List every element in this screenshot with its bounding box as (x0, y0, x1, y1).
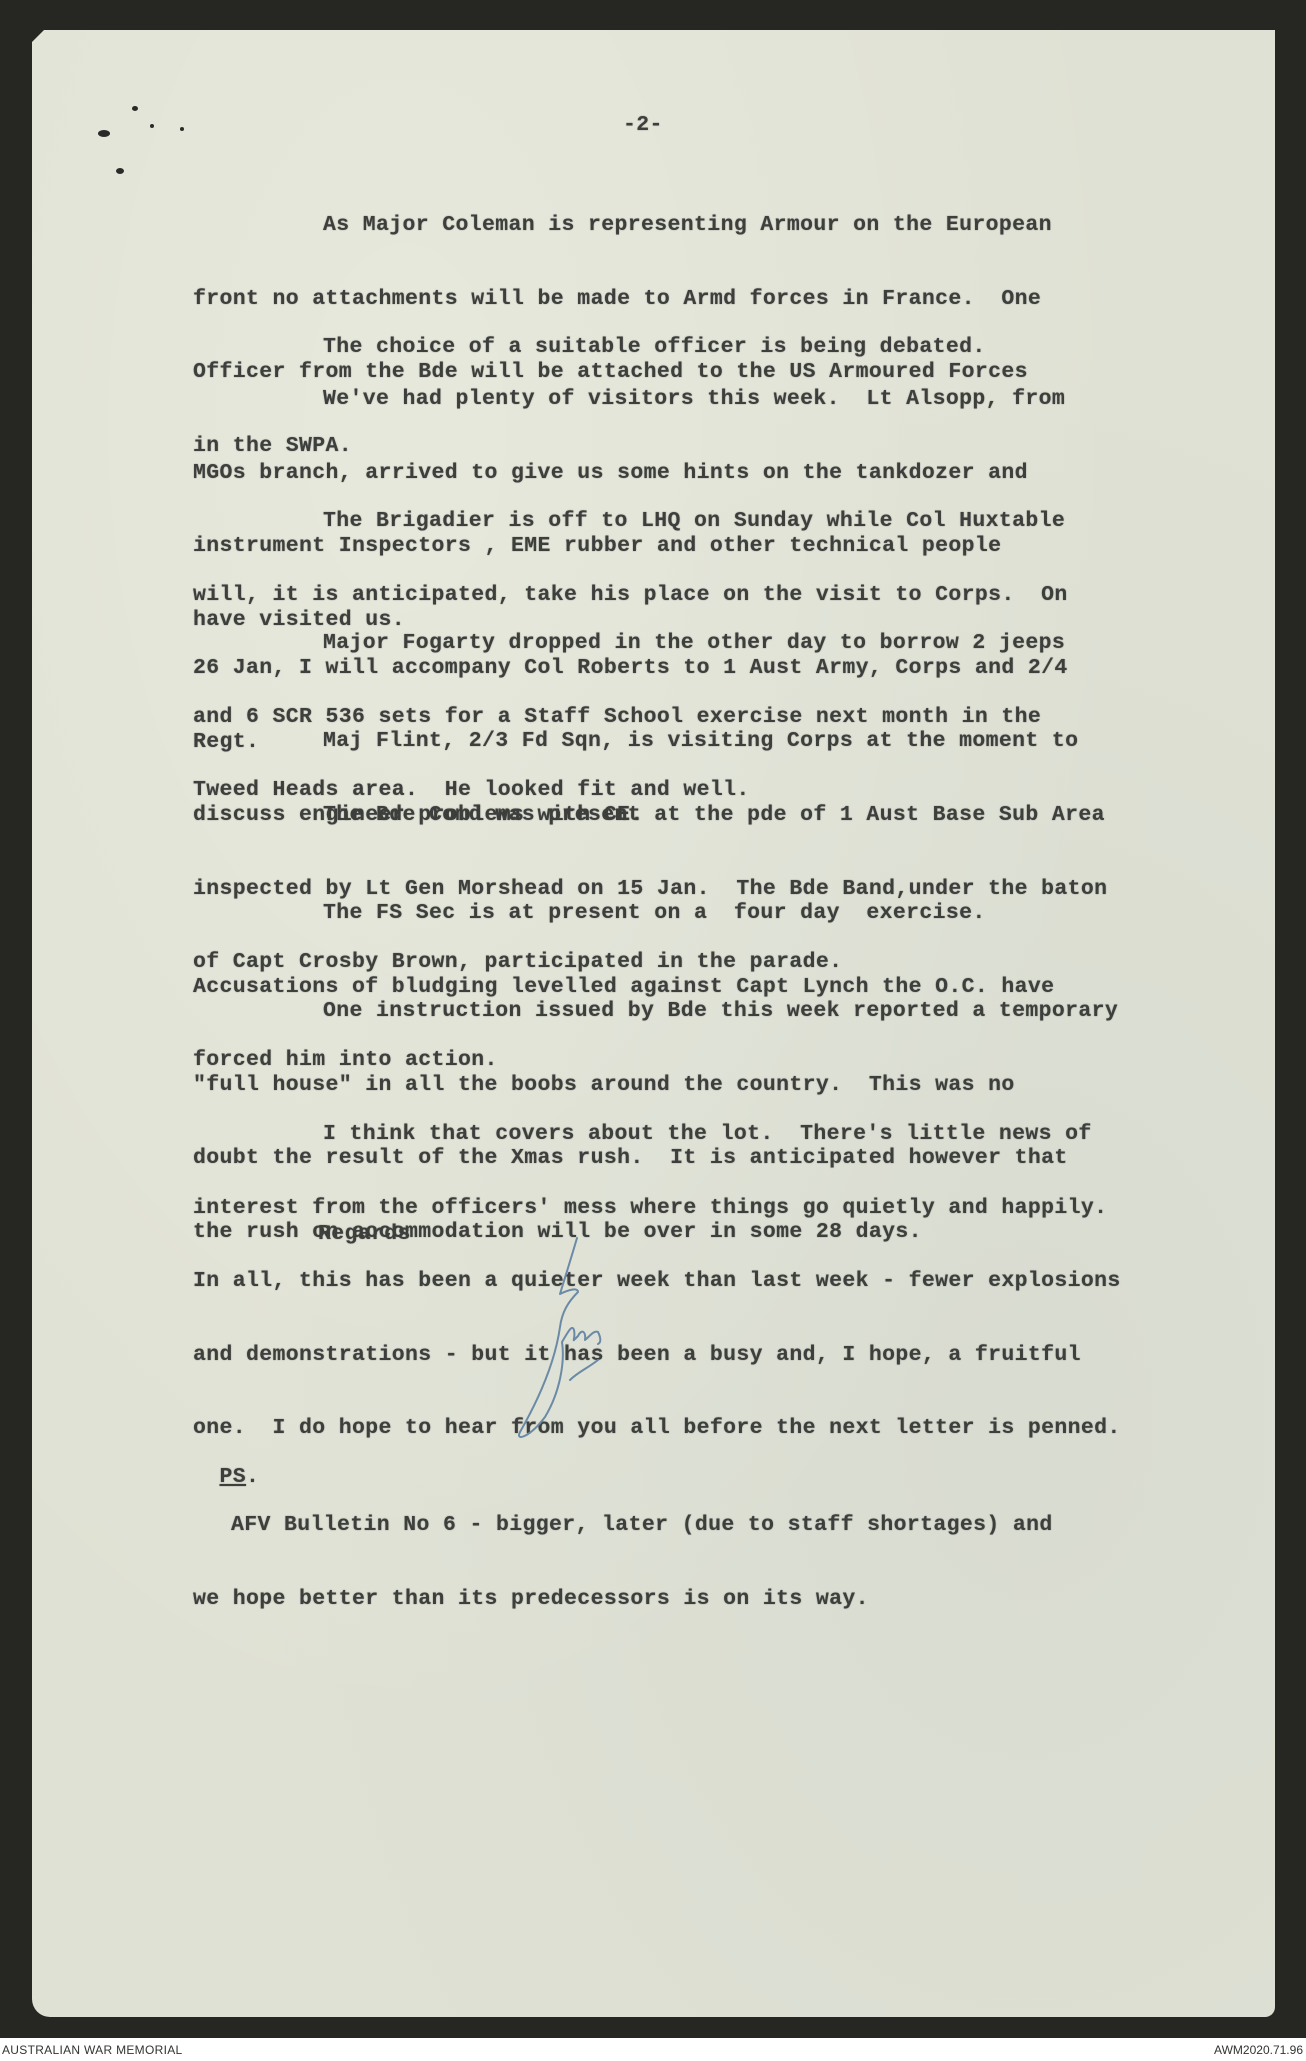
text-line: AFV Bulletin No 6 - bigger, later (due t… (193, 1513, 1053, 1538)
handwritten-signature (490, 1232, 620, 1447)
punch-hole (132, 106, 138, 111)
text-line: and demonstrations - but it has been a b… (193, 1343, 1121, 1368)
text-line: interest from the officers' mess where t… (193, 1196, 1121, 1221)
text-line: The FS Sec is at present on a four day e… (193, 901, 1054, 926)
punch-hole (150, 124, 154, 128)
text-line: Major Fogarty dropped in the other day t… (193, 631, 1065, 656)
accession-number: AWM2020.71.96 (1214, 2043, 1303, 2057)
text-line: The Bde Comd was present at the pde of 1… (193, 803, 1107, 828)
text-line: The Brigadier is off to LHQ on Sunday wh… (193, 509, 1068, 534)
text-line: I think that covers about the lot. There… (193, 1122, 1121, 1147)
text-line: Maj Flint, 2/3 Fd Sqn, is visiting Corps… (193, 729, 1078, 754)
text-line: In all, this has been a quieter week tha… (193, 1269, 1121, 1294)
punch-hole (98, 130, 110, 137)
folded-corner (32, 30, 44, 42)
text-line: one. I do hope to hear from you all befo… (193, 1416, 1121, 1441)
page-number: -2- (623, 113, 663, 138)
paragraph: I think that covers about the lot. There… (193, 1073, 1121, 1465)
punch-hole (180, 127, 184, 131)
text-line: As Major Coleman is representing Armour … (193, 213, 1052, 238)
punch-hole (116, 168, 124, 174)
text-line: We've had plenty of visitors this week. … (193, 387, 1065, 412)
institution-credit: AUSTRALIAN WAR MEMORIAL (2, 2043, 182, 2057)
closing: Regards (318, 1222, 411, 1247)
text-line: we hope better than its predecessors is … (193, 1587, 1053, 1612)
postscript-body: AFV Bulletin No 6 - bigger, later (due t… (193, 1464, 1053, 1636)
text-line: One instruction issued by Bde this week … (193, 999, 1118, 1024)
